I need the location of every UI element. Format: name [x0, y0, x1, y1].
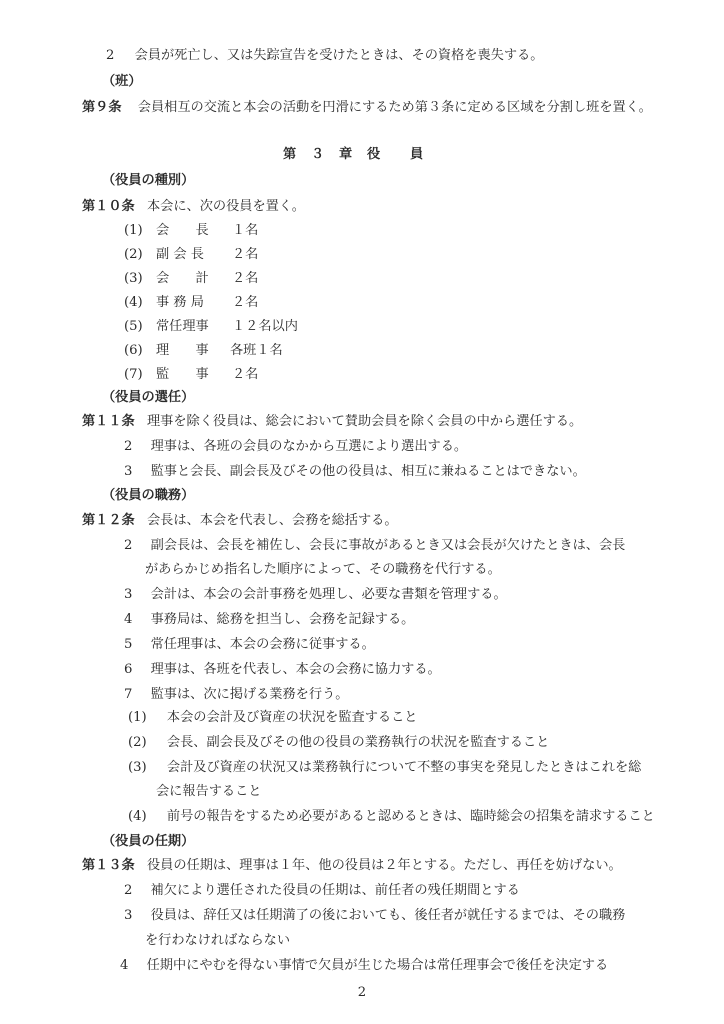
heading-officer-types: （役員の種別） [102, 171, 194, 191]
officer-count: １２名以内 [232, 317, 298, 337]
item-text: 本会の会計及び資産の状況を監査すること [167, 710, 418, 725]
para-number: 2 [106, 46, 114, 66]
article-text: 会長は、本会を代表し、会務を総括する。 [147, 513, 398, 528]
chapter-part: ３ [311, 145, 324, 165]
chapter-part: 員 [410, 145, 423, 165]
art12-para: 3 会計は、本会の会計事務を処理し、必要な書類を管理する。 [124, 585, 507, 605]
article-label: 第１０条 [82, 199, 135, 214]
art12-para: 5 常任理事は、本会の会務に従事する。 [124, 635, 375, 655]
article-label: 第１２条 [82, 513, 135, 528]
para-number: 5 [124, 637, 132, 652]
article-label: 第１１条 [82, 414, 135, 429]
heading-election: （役員の選任） [102, 388, 194, 408]
chapter-part: 役 [367, 145, 380, 165]
item-text: 会長、副会長及びその他の役員の業務執行の状況を監査すること [167, 735, 549, 750]
art12-para: 7 監事は、次に掲げる業務を行う。 [124, 685, 348, 705]
para-text: 会員が死亡し、又は失踪宣告を受けたときは、その資格を喪失する。 [135, 48, 544, 63]
para-text: 任期中にやむを得ない事情で欠員が生じた場合は常任理事会で後任を決定する [147, 958, 609, 973]
article-9: 第９条 会員相互の交流と本会の活動を円滑にするため第３条に定める区域を分割し班を… [82, 98, 652, 118]
item-no: (4) [128, 809, 147, 824]
para-number: 4 [120, 958, 128, 973]
chapter-part: 第 [283, 145, 296, 165]
officer-no: (3) [124, 269, 143, 289]
para-text: 理事は、各班の会員のなかから互選により選出する。 [151, 439, 468, 454]
officer-title: 理 事 [156, 341, 209, 361]
para-number: 7 [124, 687, 132, 702]
officer-count: ２名 [232, 269, 258, 289]
page-number: 2 [0, 985, 724, 1000]
para-text: 理事は、各班を代表し、本会の会務に協力する。 [151, 662, 441, 677]
article-text: 会員相互の交流と本会の活動を円滑にするため第３条に定める区域を分割し班を置く。 [138, 100, 652, 115]
para-number: 3 [124, 908, 132, 923]
para-text: 会計は、本会の会計事務を処理し、必要な書類を管理する。 [151, 587, 507, 602]
item-no: (1) [128, 710, 147, 725]
art8-para2: 2 会員が死亡し、又は失踪宣告を受けたときは、その資格を喪失する。 [106, 46, 543, 66]
audit-item: (2) 会長、副会長及びその他の役員の業務執行の状況を監査すること [128, 733, 549, 753]
audit-item: (3) 会計及び資産の状況又は業務執行について不整の事実を発見したときはこれを総 [128, 758, 641, 778]
chapter-part: 章 [339, 145, 352, 165]
article-label: 第９条 [82, 100, 122, 115]
art13-para: 3 役員は、辞任又は任期満了の後においても、後任者が就任するまでは、その職務 [124, 906, 625, 926]
item-no: (2) [128, 735, 147, 750]
officer-title: 副 会 長 [156, 245, 204, 265]
officer-count: 各班１名 [230, 341, 283, 361]
para-text: 監事と会長、副会長及びその他の役員は、相互に兼ねることはできない。 [151, 464, 586, 479]
para-number: 3 [124, 587, 132, 602]
para-number: 6 [124, 662, 132, 677]
officer-title: 会 長 [156, 221, 209, 241]
officer-no: (2) [124, 245, 143, 265]
article-13: 第１３条 役員の任期は、理事は１年、他の役員は２年とする。ただし、再任を妨げない… [82, 856, 622, 876]
officer-title: 事 務 局 [156, 293, 204, 313]
para-number: 2 [124, 538, 132, 553]
art13-para: 4 任期中にやむを得ない事情で欠員が生じた場合は常任理事会で後任を決定する [120, 956, 608, 976]
art12-para: 4 事務局は、総務を担当し、会務を記録する。 [124, 610, 414, 630]
officer-no: (7) [124, 365, 143, 385]
item-no: (3) [128, 760, 147, 775]
item-text: 前号の報告をするため必要があると認めるときは、臨時総会の招集を請求すること [167, 809, 655, 824]
art12-para-cont: があらかじめ指名した順序によって、その職務を代行する。 [145, 560, 501, 580]
officer-no: (6) [124, 341, 143, 361]
art13-para: 2 補欠により選任された役員の任期は、前任者の残任期間とする [124, 881, 520, 901]
item-text: 会計及び資産の状況又は業務執行について不整の事実を発見したときはこれを総 [167, 760, 641, 775]
art13-para-cont: を行わなければならない [145, 931, 290, 951]
para-number: 2 [124, 883, 132, 898]
para-text: 役員は、辞任又は任期満了の後においても、後任者が就任するまでは、その職務 [151, 908, 626, 923]
article-10: 第１０条 本会に、次の役員を置く。 [82, 197, 305, 217]
para-number: 4 [124, 612, 132, 627]
officer-no: (4) [124, 293, 143, 313]
article-11: 第１１条 理事を除く役員は、総会において賛助会員を除く会員の中から選任する。 [82, 412, 582, 432]
officer-no: (1) [124, 221, 143, 241]
officer-no: (5) [124, 317, 143, 337]
article-text: 役員の任期は、理事は１年、他の役員は２年とする。ただし、再任を妨げない。 [147, 858, 622, 873]
art11-para: 3 監事と会長、副会長及びその他の役員は、相互に兼ねることはできない。 [124, 462, 586, 482]
article-label: 第１３条 [82, 858, 135, 873]
para-text: 監事は、次に掲げる業務を行う。 [151, 687, 349, 702]
officer-title: 常任理事 [156, 317, 209, 337]
heading-duties: （役員の職務） [102, 486, 194, 506]
art11-para: 2 理事は、各班の会員のなかから互選により選出する。 [124, 437, 467, 457]
art12-para: 6 理事は、各班を代表し、本会の会務に協力する。 [124, 660, 441, 680]
officer-count: ２名 [232, 245, 258, 265]
para-text: 常任理事は、本会の会務に従事する。 [151, 637, 375, 652]
audit-item-cont: 会に報告すること [156, 782, 262, 802]
art12-para: 2 副会長は、会長を補佐し、会長に事故があるとき又は会長が欠けたときは、会長 [124, 536, 625, 556]
para-text: 副会長は、会長を補佐し、会長に事故があるとき又は会長が欠けたときは、会長 [151, 538, 626, 553]
audit-item: (1) 本会の会計及び資産の状況を監査すること [128, 708, 417, 728]
officer-count: ２名 [232, 365, 258, 385]
officer-title: 会 計 [156, 269, 209, 289]
para-number: 2 [124, 439, 132, 454]
heading-han: （班） [102, 72, 142, 92]
officer-count: ２名 [232, 293, 258, 313]
para-text: 事務局は、総務を担当し、会務を記録する。 [151, 612, 415, 627]
officer-count: １名 [232, 221, 258, 241]
article-text: 本会に、次の役員を置く。 [147, 199, 305, 214]
heading-term: （役員の任期） [102, 832, 194, 852]
article-12: 第１２条 会長は、本会を代表し、会務を総括する。 [82, 511, 398, 531]
para-number: 3 [124, 464, 132, 479]
officer-title: 監 事 [156, 365, 209, 385]
article-text: 理事を除く役員は、総会において賛助会員を除く会員の中から選任する。 [147, 414, 582, 429]
audit-item: (4) 前号の報告をするため必要があると認めるときは、臨時総会の招集を請求するこ… [128, 807, 655, 827]
para-text: 補欠により選任された役員の任期は、前任者の残任期間とする [151, 883, 520, 898]
